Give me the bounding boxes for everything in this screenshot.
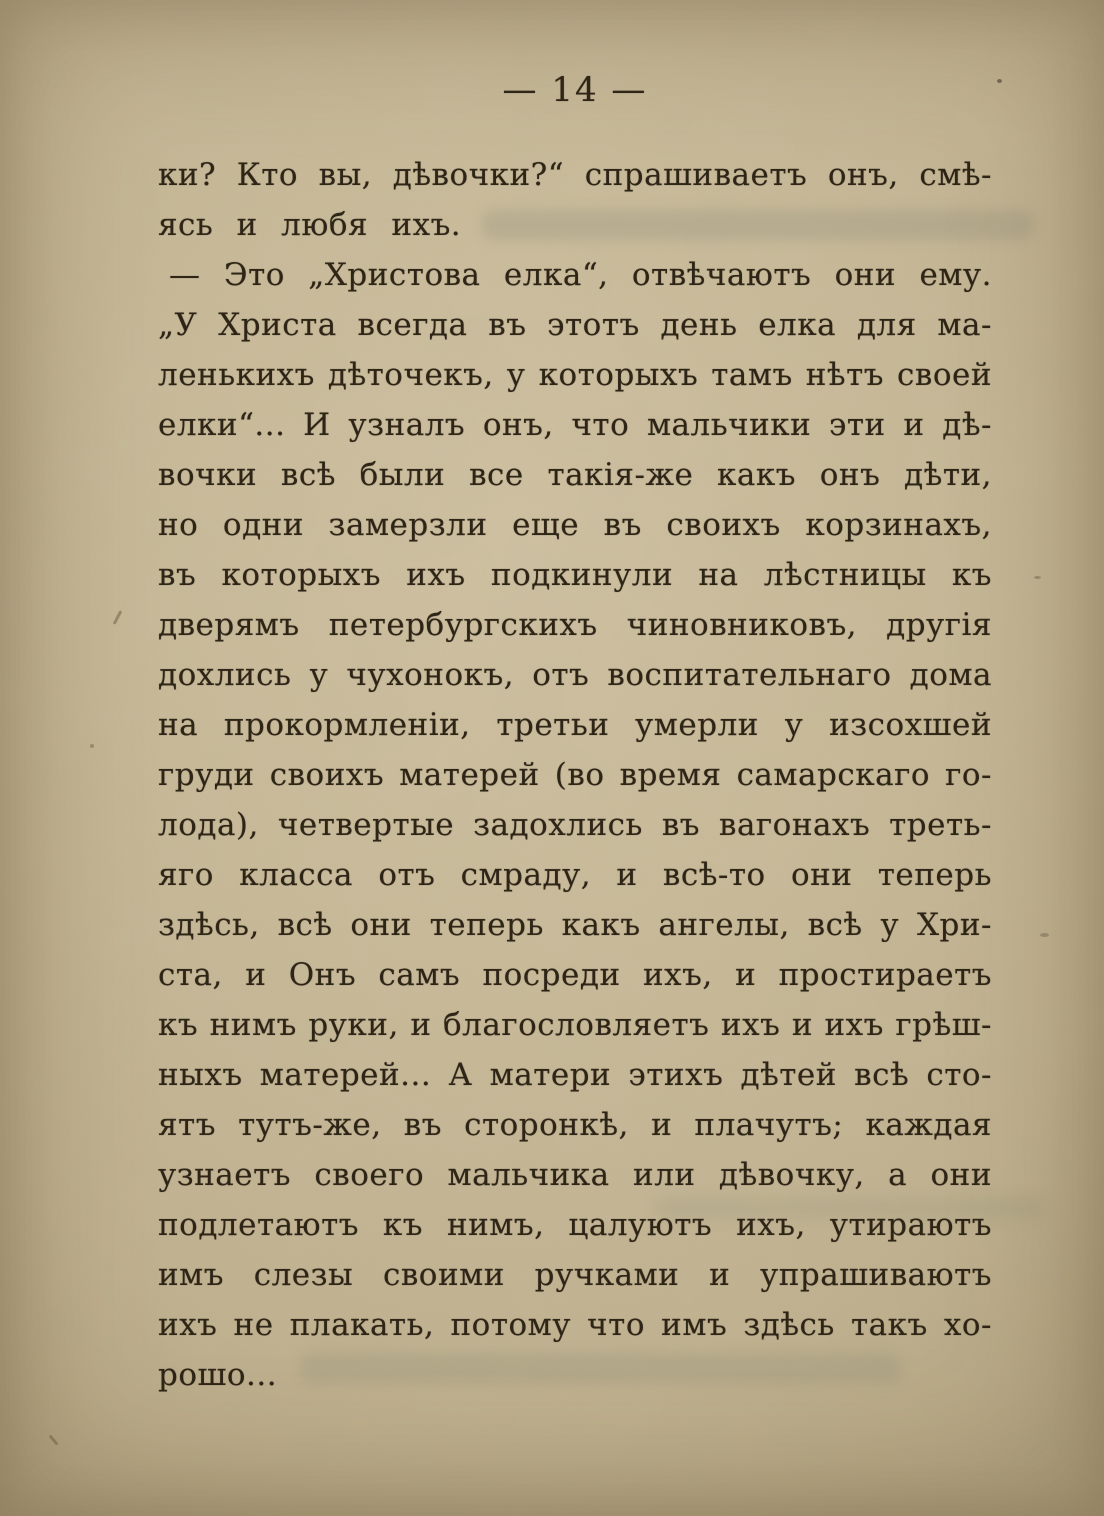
text-line: ки? Кто вы, дѣвочки?“ спрашиваетъ онъ, с… <box>158 150 992 200</box>
text-line: имъ слезы своими ручками и упрашиваютъ <box>158 1250 992 1300</box>
page-number-header: — 14 — <box>158 64 992 116</box>
text-line: вочки всѣ были все такія-же какъ онъ дѣт… <box>158 450 992 500</box>
book-page-scan: — 14 — ки? Кто вы, дѣвочки?“ спрашиваетъ… <box>0 0 1104 1516</box>
text-line: дверямъ петербургскихъ чиновниковъ, друг… <box>158 600 992 650</box>
text-line paragraph-end: рошо... <box>158 1350 992 1400</box>
text-line: яго класса отъ смраду, и всѣ-то они тепе… <box>158 850 992 900</box>
page-text-block: ки? Кто вы, дѣвочки?“ спрашиваетъ онъ, с… <box>158 150 992 1400</box>
text-line: въ которыхъ ихъ подкинули на лѣстницы къ <box>158 550 992 600</box>
paper-speck <box>1034 576 1041 579</box>
text-line: на прокормленіи, третьи умерли у изсохше… <box>158 700 992 750</box>
paper-speck <box>997 79 1002 83</box>
text-line: лода), четвертые задохлись въ вагонахъ т… <box>158 800 992 850</box>
paper-speck <box>48 1434 58 1445</box>
text-line paragraph-start: — Это „Христова елка“, отвѣчаютъ они ему… <box>158 250 992 300</box>
text-line: ленькихъ дѣточекъ, у которыхъ тамъ нѣтъ … <box>158 350 992 400</box>
paper-speck <box>1040 933 1049 937</box>
text-line: къ нимъ руки, и благословляетъ ихъ и ихъ… <box>158 1000 992 1050</box>
text-line: ихъ не плакать, потому что имъ здѣсь так… <box>158 1300 992 1350</box>
paper-speck <box>90 744 94 748</box>
text-line: ныхъ матерей... А матери этихъ дѣтей всѣ… <box>158 1050 992 1100</box>
paper-speck <box>113 610 123 625</box>
text-line: груди своихъ матерей (во время самарскаг… <box>158 750 992 800</box>
text-line: ясь и любя ихъ. <box>158 200 992 250</box>
text-line: „У Христа всегда въ этотъ день елка для … <box>158 300 992 350</box>
text-line: ста, и Онъ самъ посреди ихъ, и простирае… <box>158 950 992 1000</box>
text-line: здѣсь, всѣ они теперь какъ ангелы, всѣ у… <box>158 900 992 950</box>
text-line: ятъ тутъ-же, въ сторонкѣ, и плачутъ; каж… <box>158 1100 992 1150</box>
text-line: елки“... И узналъ онъ, что мальчики эти … <box>158 400 992 450</box>
text-line: дохлись у чухонокъ, отъ воспитательнаго … <box>158 650 992 700</box>
text-line: подлетаютъ къ нимъ, цалуютъ ихъ, утирают… <box>158 1200 992 1250</box>
text-line: узнаетъ своего мальчика или дѣвочку, а о… <box>158 1150 992 1200</box>
text-line: но одни замерзли еще въ своихъ корзинахъ… <box>158 500 992 550</box>
